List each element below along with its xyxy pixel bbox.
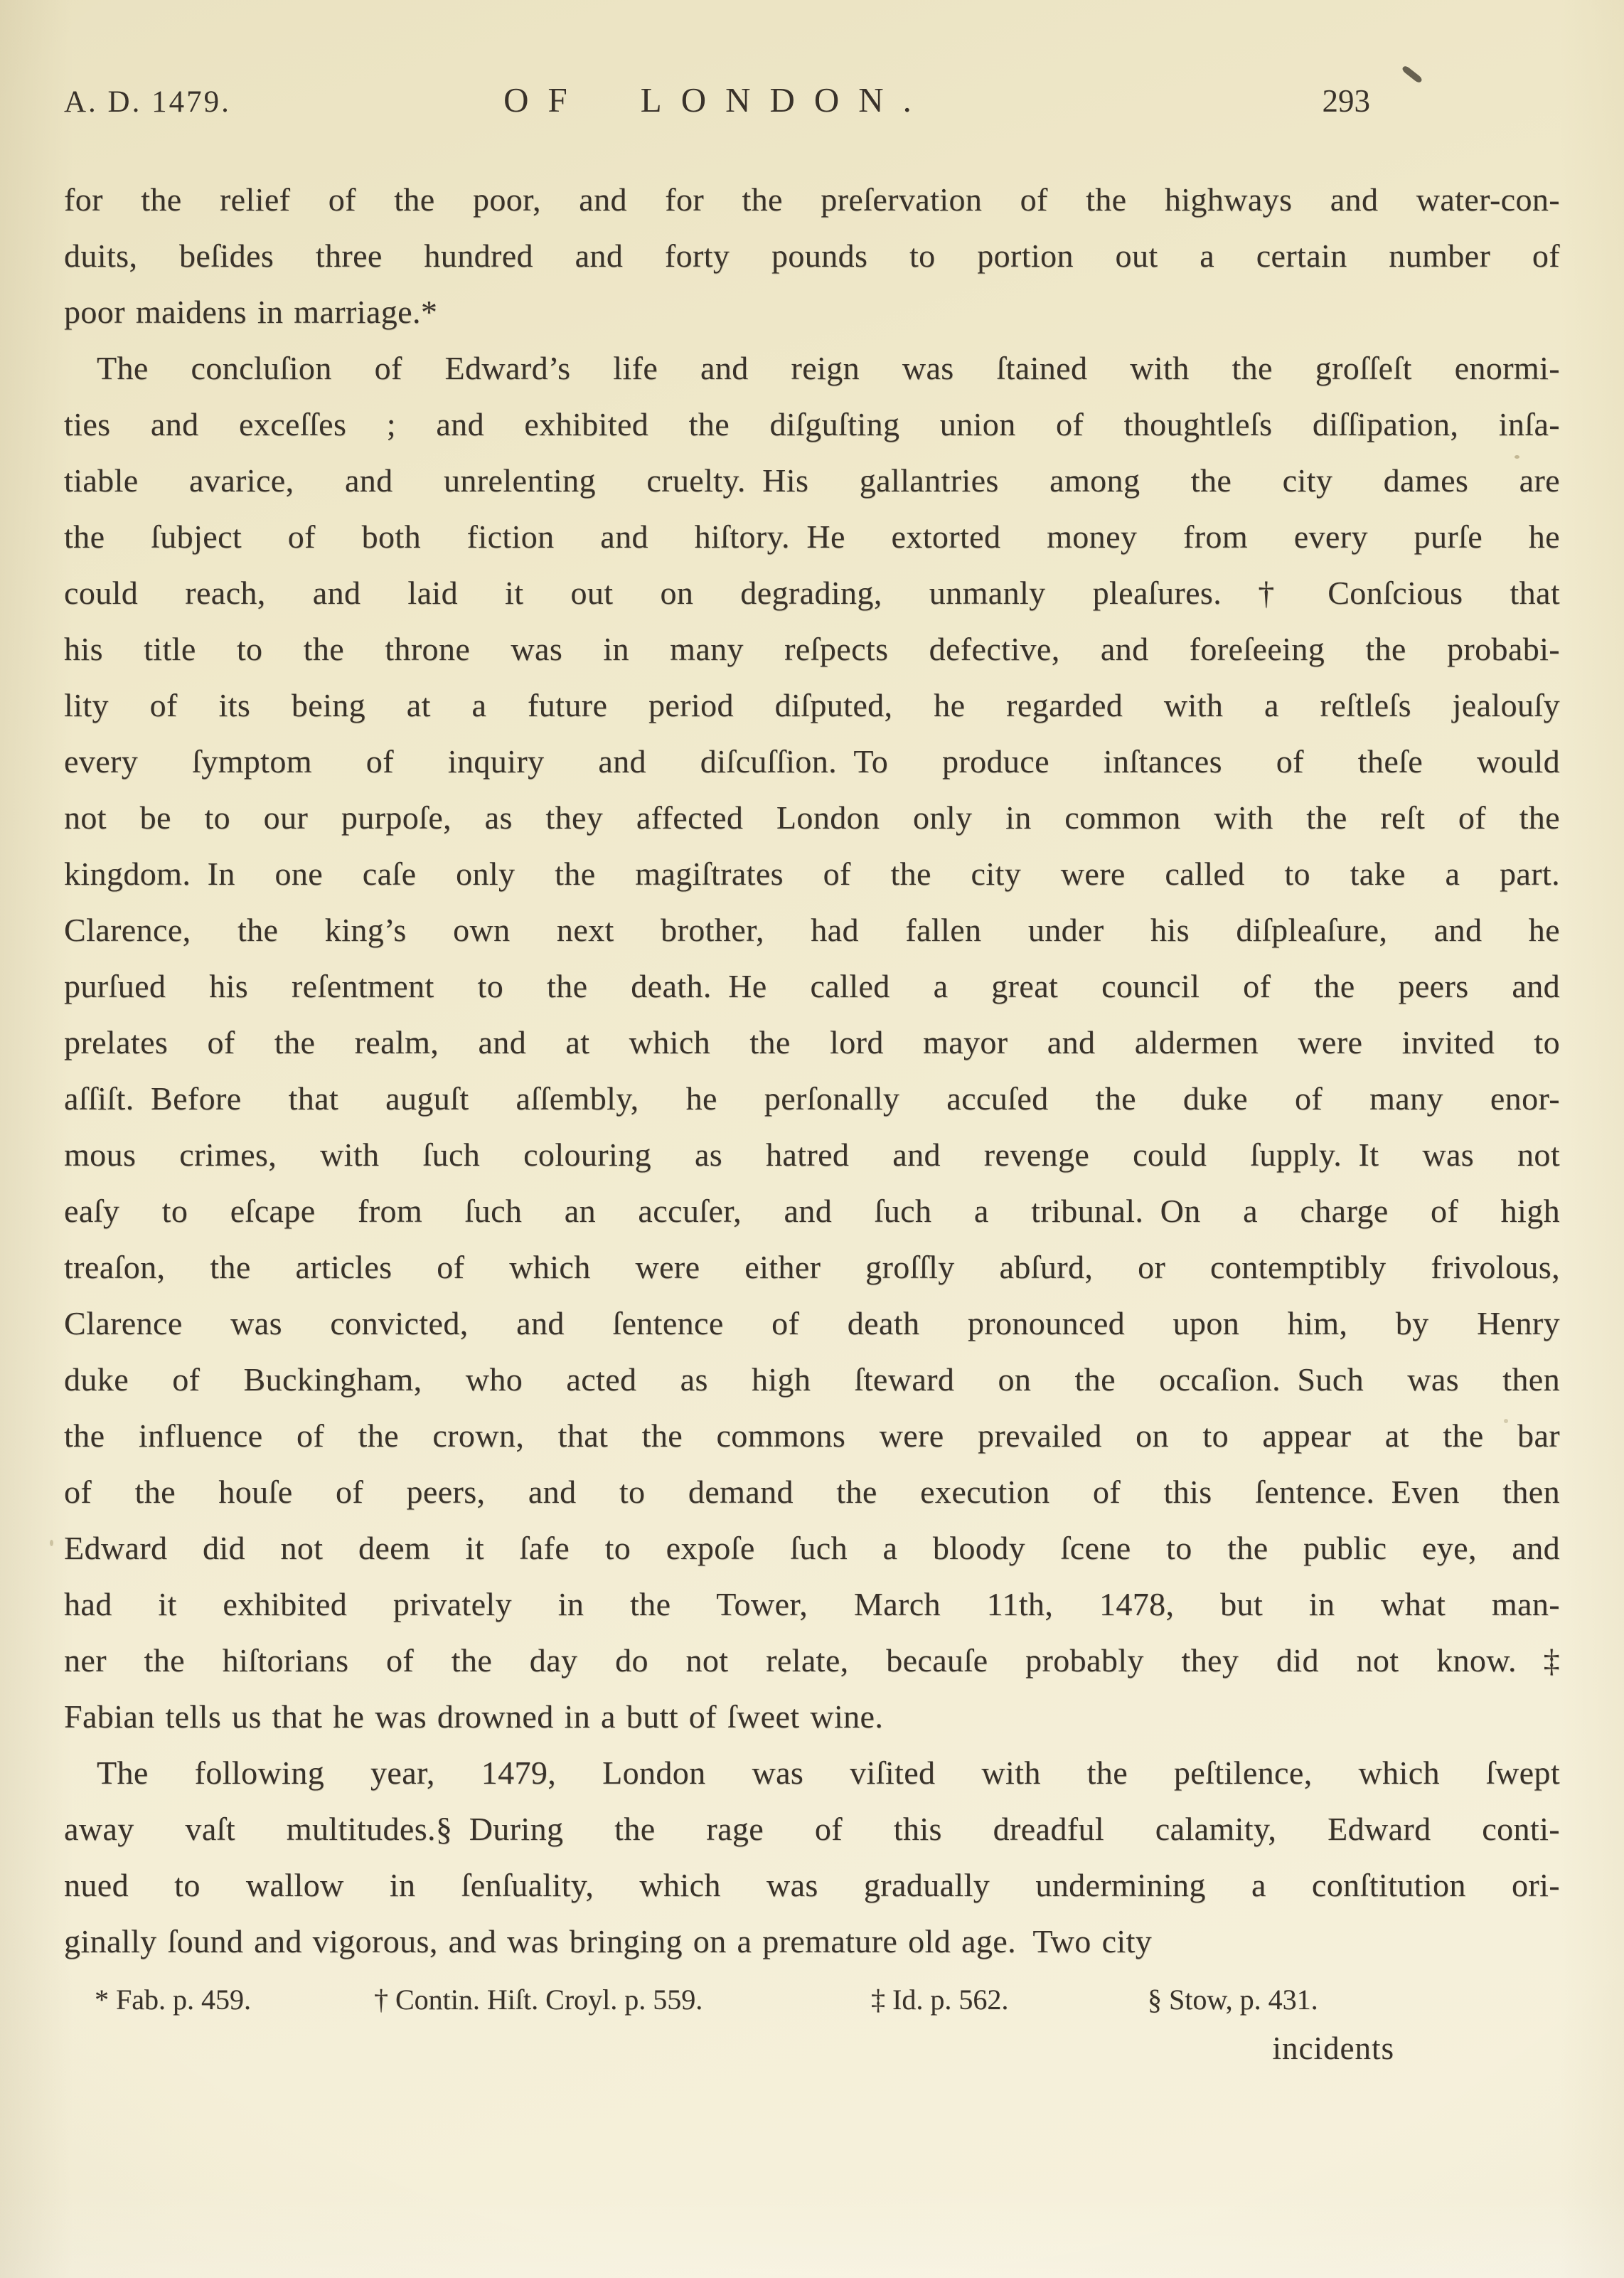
catchword-row: incidents: [1273, 2030, 1394, 2067]
text-line: eaſy to eſcape from ſuch an accuſer, and…: [64, 1183, 1560, 1239]
text-line: not be to our purpoſe, as they affected …: [64, 789, 1560, 846]
text-line: Edward did not deem it ſafe to expoſe ſu…: [64, 1520, 1560, 1576]
text-line: aſſiſt. Before that auguſt aſſembly, he …: [64, 1070, 1560, 1127]
ink-mark: [1401, 65, 1423, 84]
text-line: every ſymptom of inquiry and diſcuſſion.…: [64, 733, 1560, 789]
text-line: Clarence was convicted, and ſentence of …: [64, 1295, 1560, 1351]
text-line: nued to wallow in ſenſuality, which was …: [64, 1857, 1560, 1913]
footnote-3: ‡ Id. p. 562.: [871, 1983, 1008, 2016]
page-number: 293: [1323, 83, 1371, 119]
text-line: mous crimes, with ſuch colouring as hatr…: [64, 1127, 1560, 1183]
text-line: lity of its being at a future period diſ…: [64, 677, 1560, 733]
text-line: Clarence, the king’s own next brother, h…: [64, 902, 1560, 958]
text-line: The concluſion of Edward’s life and reig…: [64, 340, 1560, 396]
text-line: purſued his reſentment to the death. He …: [64, 958, 1560, 1014]
text-line: away vaſt multitudes.§ During the rage o…: [64, 1801, 1560, 1857]
text-line: for the relief of the poor, and for the …: [64, 171, 1560, 228]
page-header: A. D. 1479. OF LONDON. 293: [0, 0, 1624, 120]
footnote-2: † Contin. Hiſt. Croyl. p. 559.: [374, 1983, 703, 2016]
text-line: of the houſe of peers, and to demand the…: [64, 1464, 1560, 1520]
text-line: tiable avarice, and unrelenting cruelty.…: [64, 452, 1560, 509]
header-date: A. D. 1479.: [64, 85, 503, 119]
text-line: The following year, 1479, London was viſ…: [64, 1745, 1560, 1801]
text-line: his title to the throne was in many reſp…: [64, 621, 1560, 677]
text-line: treaſon, the articles of which were eith…: [64, 1239, 1560, 1295]
footnote-4: § Stow, p. 431.: [1148, 1983, 1318, 2016]
text-line: kingdom. In one caſe only the magiſtrate…: [64, 846, 1560, 902]
text-line: the influence of the crown, that the com…: [64, 1407, 1560, 1464]
text-line: ginally ſound and vigorous, and was brin…: [64, 1913, 1560, 1969]
text-line: duits, beſides three hundred and forty p…: [64, 228, 1560, 284]
text-line: could reach, and laid it out on degradin…: [64, 565, 1560, 621]
text-line: ties and exceſſes ; and exhibited the di…: [64, 396, 1560, 452]
page-number-area: 293: [931, 83, 1560, 119]
catchword: incidents: [1273, 2030, 1394, 2066]
body-text: for the relief of the poor, and for the …: [64, 171, 1560, 1969]
text-line: had it exhibited privately in the Tower,…: [64, 1576, 1560, 1632]
text-line: duke of Buckingham, who acted as high ſt…: [64, 1351, 1560, 1407]
book-page: A. D. 1479. OF LONDON. 293 for the relie…: [0, 0, 1624, 2278]
header-title: OF LONDON.: [503, 80, 931, 120]
text-line: Fabian tells us that he was drowned in a…: [64, 1688, 1560, 1745]
text-line: poor maidens in marriage.*: [64, 284, 1560, 340]
footnote-1: * Fab. p. 459.: [95, 1983, 251, 2016]
text-line: prelates of the realm, and at which the …: [64, 1014, 1560, 1070]
paper-speck: [50, 1540, 53, 1546]
text-line: ner the hiſtorians of the day do not rel…: [64, 1632, 1560, 1688]
text-line: the ſubject of both fiction and hiſtory.…: [64, 509, 1560, 565]
